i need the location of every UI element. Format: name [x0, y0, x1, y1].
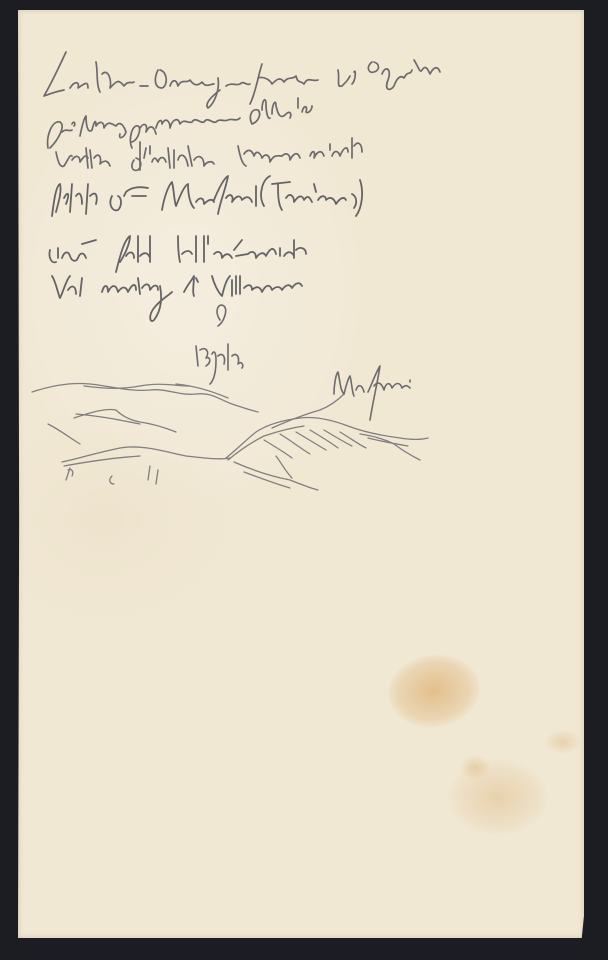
paper-sheet	[18, 10, 584, 938]
